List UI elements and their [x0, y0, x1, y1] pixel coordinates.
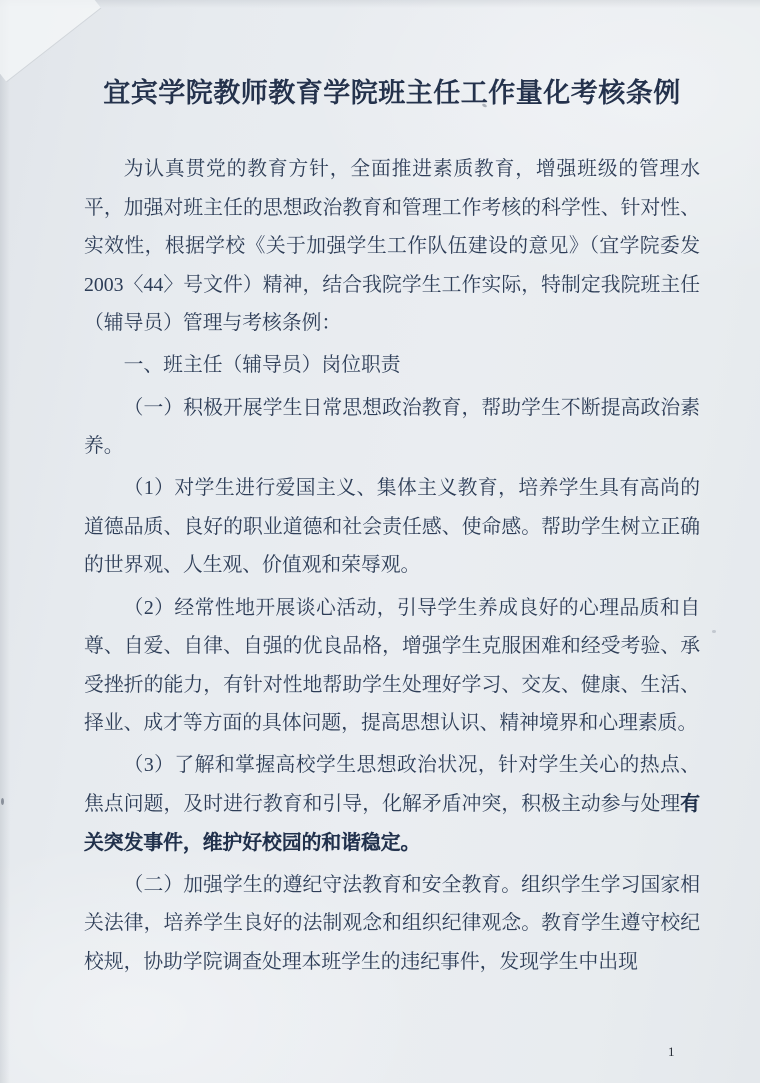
- paragraph: （二）加强学生的遵纪守法教育和安全教育。组织学生学习国家相关法律，培养学生良好的…: [84, 866, 700, 982]
- paragraph-text: 为认真贯党的教育方针，全面推进素质教育，增强班级的管理水平，加强对班主任的思想政…: [84, 158, 700, 334]
- paragraph: 为认真贯党的教育方针，全面推进素质教育，增强班级的管理水平，加强对班主任的思想政…: [84, 150, 700, 343]
- scan-speck: [712, 630, 716, 633]
- document-body: 为认真贯党的教育方针，全面推进素质教育，增强班级的管理水平，加强对班主任的思想政…: [84, 150, 700, 985]
- paragraph: （1）对学生进行爱国主义、集体主义教育，培养学生具有高尚的道德品质、良好的职业道…: [84, 469, 700, 585]
- scan-speck: [1, 798, 4, 805]
- paragraph-text: （2）经常性地开展谈心活动，引导学生养成良好的心理品质和自尊、自爱、自律、自强的…: [84, 597, 700, 735]
- scanned-document-page: 宜宾学院教师教育学院班主任工作量化考核条例 为认真贯党的教育方针，全面推进素质教…: [0, 0, 760, 1083]
- paragraph-text: 一、班主任（辅导员）岗位职责: [124, 354, 401, 376]
- paragraph: （一）积极开展学生日常思想政治教育，帮助学生不断提高政治素养。: [84, 389, 700, 466]
- document-title: 宜宾学院教师教育学院班主任工作量化考核条例: [84, 71, 700, 110]
- page-number: 1: [668, 1044, 675, 1060]
- scan-edge-shadow-left: [0, 0, 10, 1083]
- paragraph-text: （一）积极开展学生日常思想政治教育，帮助学生不断提高政治素养。: [84, 397, 700, 458]
- paragraph: （3）了解和掌握高校学生思想政治状况，针对学生关心的热点、焦点问题，及时进行教育…: [84, 746, 700, 862]
- paragraph-text: （二）加强学生的遵纪守法教育和安全教育。组织学生学习国家相关法律，培养学生良好的…: [84, 874, 700, 973]
- paragraph-text: （1）对学生进行爱国主义、集体主义教育，培养学生具有高尚的道德品质、良好的职业道…: [84, 477, 700, 576]
- paragraph: 一、班主任（辅导员）岗位职责: [84, 346, 700, 385]
- paragraph: （2）经常性地开展谈心活动，引导学生养成良好的心理品质和自尊、自爱、自律、自强的…: [84, 589, 700, 743]
- scan-fold-artifact: [0, 0, 101, 82]
- scan-edge-shadow-top: [0, 0, 760, 8]
- paragraph-text: （3）了解和掌握高校学生思想政治状况，针对学生关心的热点、焦点问题，及时进行教育…: [84, 754, 700, 815]
